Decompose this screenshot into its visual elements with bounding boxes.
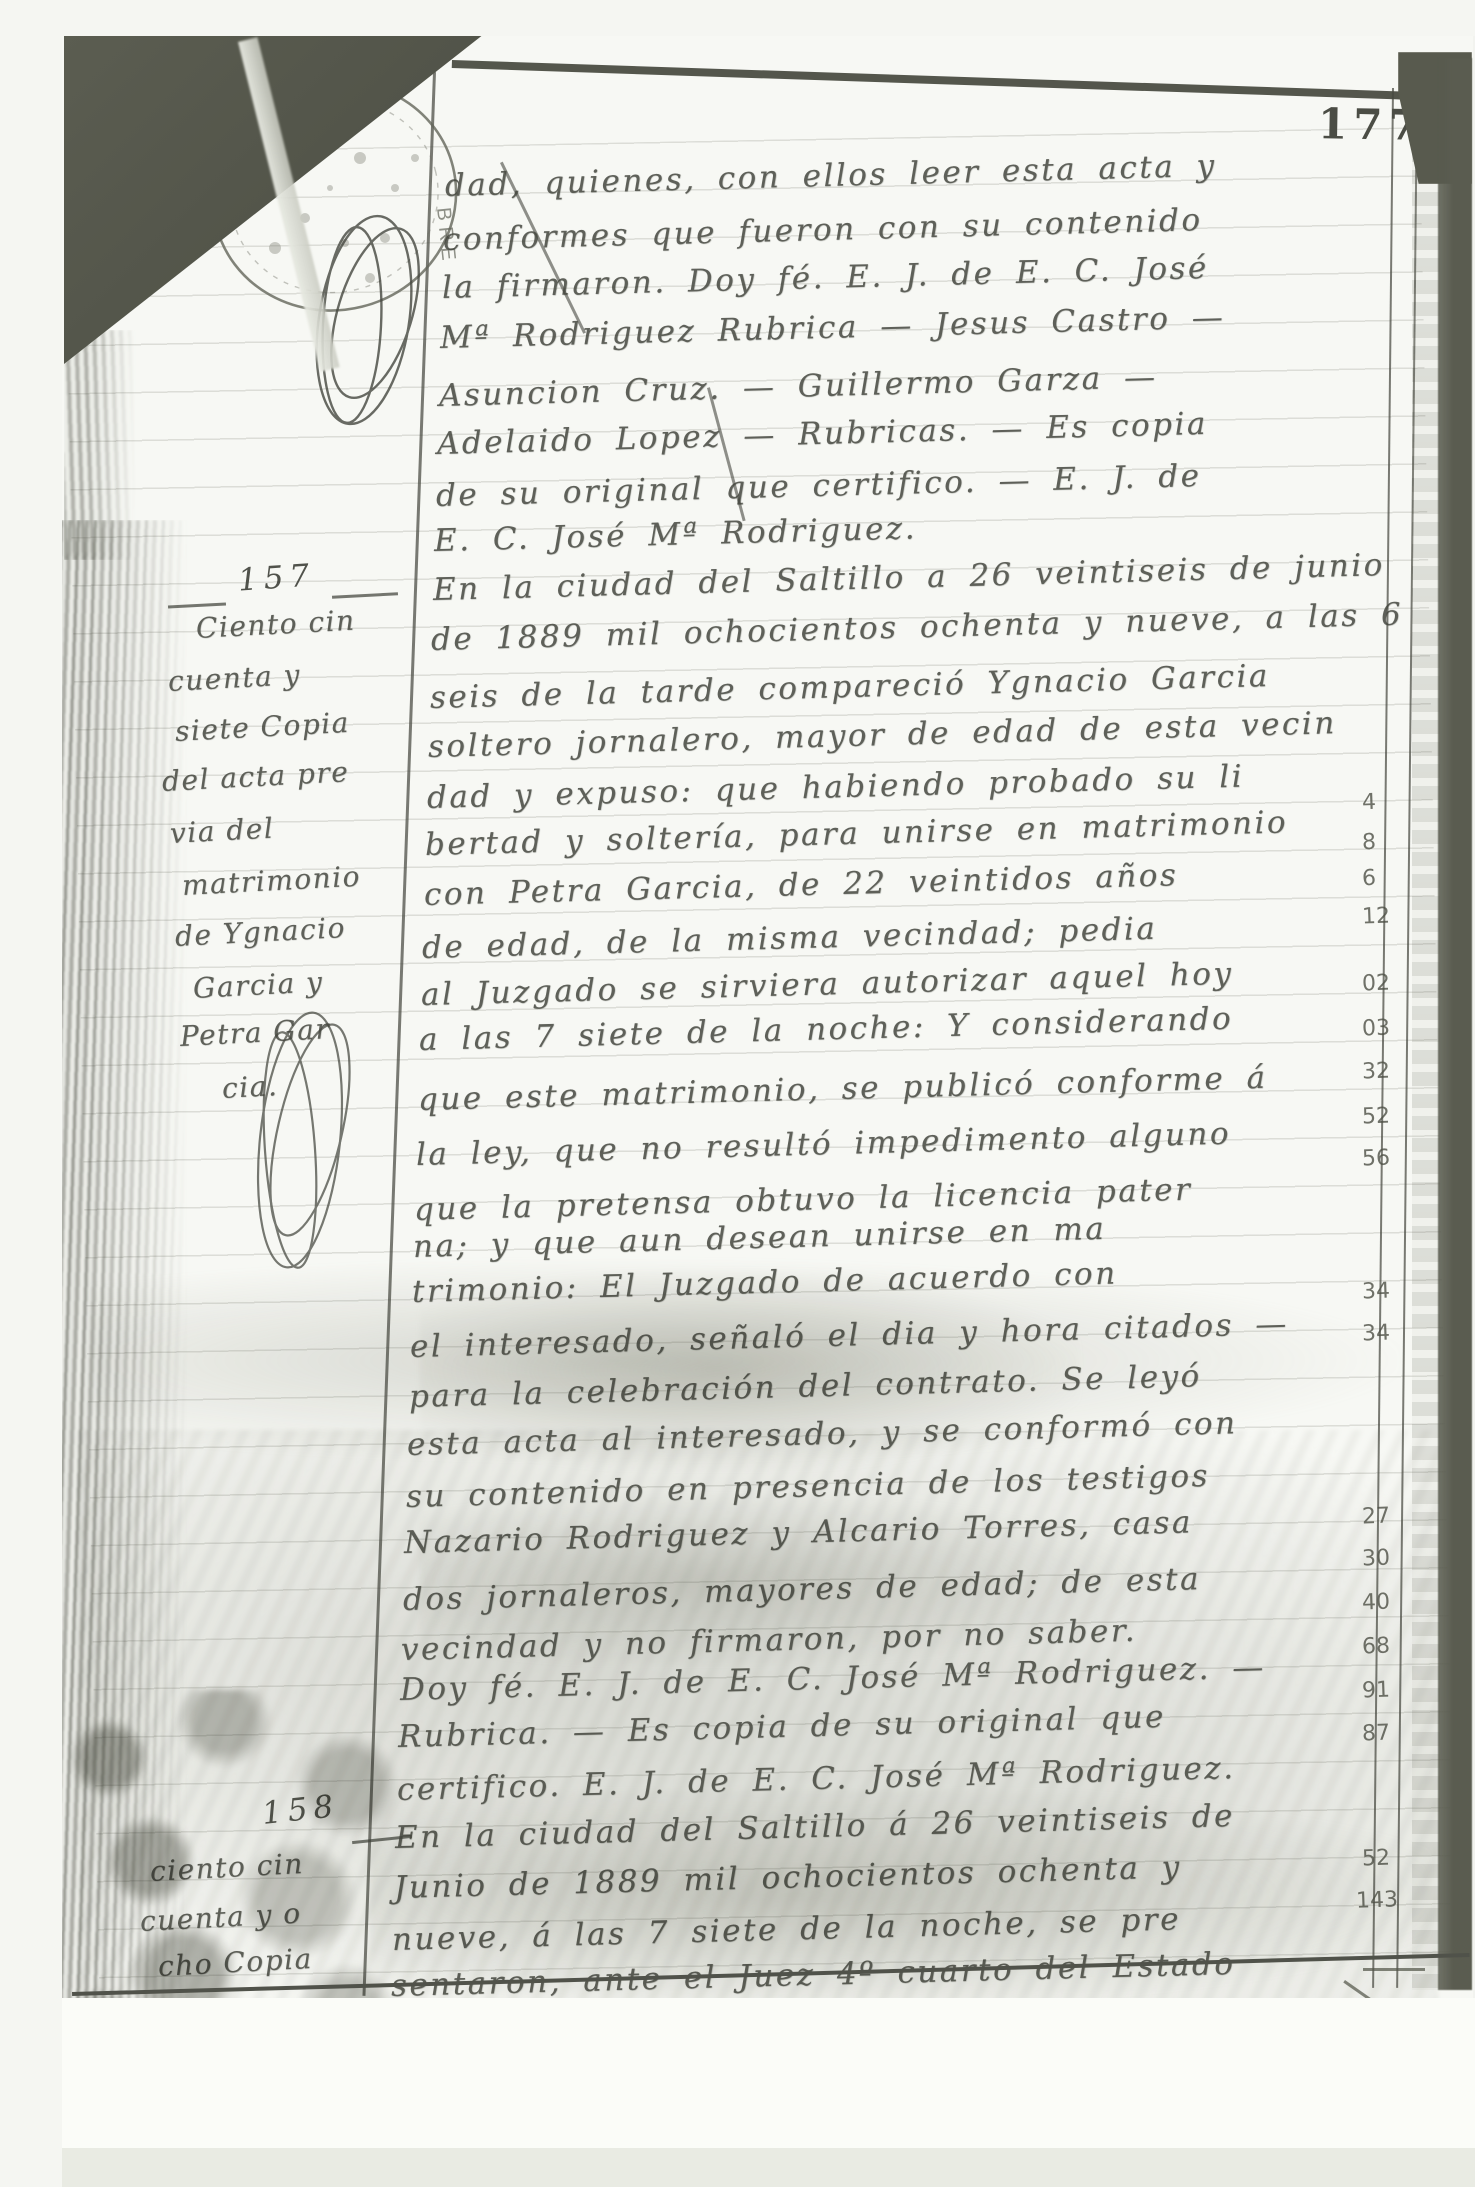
margin-note-line: Garcia y <box>192 965 324 1005</box>
right-margin-number: 30 <box>1362 1546 1391 1572</box>
right-margin-number: 87 <box>1362 1721 1391 1747</box>
right-margin-number: 27 <box>1362 1504 1391 1530</box>
right-margin-number: 03 <box>1362 1016 1391 1042</box>
column-bottom-line <box>1363 1968 1425 1971</box>
right-margin-number: 02 <box>1362 971 1391 997</box>
scanner-bed-top <box>0 0 1475 36</box>
scan-dark-band-right <box>1438 58 1472 1990</box>
scanner-bed-left <box>0 0 62 2187</box>
right-margin-number: 52 <box>1362 1104 1391 1130</box>
right-margin-number: 12 <box>1362 904 1391 930</box>
right-margin-number: 68 <box>1362 1634 1391 1660</box>
margin-note-line: cia. <box>221 1069 279 1105</box>
right-margin-number: 34 <box>1362 1321 1391 1347</box>
right-margin-number: 56 <box>1362 1146 1391 1172</box>
right-margin-number: 6 <box>1362 866 1377 891</box>
toner-streak <box>64 330 144 560</box>
right-margin-number: 4 <box>1362 790 1377 815</box>
right-margin-number: 32 <box>1362 1059 1391 1085</box>
scanner-bed-strip <box>0 2148 1475 2187</box>
scanned-page: CIPAL DEL BRE 177 dad, quienes, con ello… <box>0 0 1475 2187</box>
right-column-texture <box>1412 90 1440 1990</box>
right-margin-number: 8 <box>1362 830 1377 855</box>
entry-number-157: 157 <box>237 557 316 598</box>
right-margin-number: 40 <box>1362 1590 1391 1616</box>
right-margin-number: 91 <box>1362 1678 1391 1704</box>
toner-streak <box>60 520 195 2065</box>
right-margin-number: 34 <box>1362 1279 1391 1305</box>
photocopy-smudge <box>420 1270 1080 1470</box>
photocopy-smudge <box>420 1495 1140 1665</box>
